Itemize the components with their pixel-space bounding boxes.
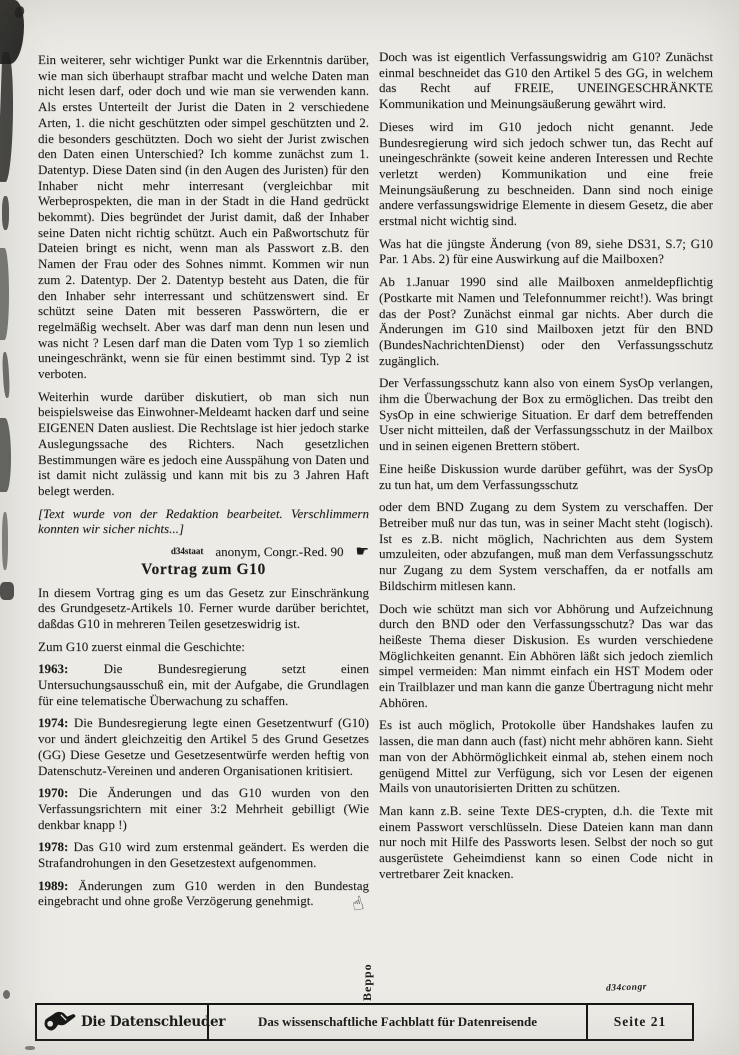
- timeline-entry-1963: 1963: Die Bundesregierung setzt einen Un…: [38, 661, 369, 708]
- footer-tagline: Das wissenschaftliche Fachblatt für Date…: [209, 1005, 588, 1039]
- timeline-text: Die Änderungen und das G10 wurden von de…: [38, 785, 369, 831]
- scan-artifact: [13, 5, 26, 19]
- timeline-text: Die Bundesregierung setzt einen Untersuc…: [38, 661, 369, 707]
- datenschleuder-logo-icon: [43, 1009, 77, 1035]
- timeline-entry-1974: 1974: Die Bundesregierung legte einen Ge…: [38, 715, 369, 778]
- timeline-text: Die Bundesregierung legte einen Gesetzen…: [38, 715, 369, 777]
- timeline-year: 1989:: [38, 878, 68, 893]
- paragraph: Doch was ist eigentlich Verfassungswidri…: [379, 49, 713, 112]
- timeline-entry-1978: 1978: Das G10 wird zum erstenmal geänder…: [38, 839, 369, 870]
- paragraph: Zum G10 zuerst einmal die Geschichte:: [38, 639, 369, 655]
- scan-artifact: [0, 418, 11, 492]
- scan-artifact: [2, 352, 10, 398]
- paragraph: Ab 1.Januar 1990 sind alle Mailboxen anm…: [379, 274, 713, 368]
- timeline-year: 1970:: [38, 785, 68, 800]
- paragraph: Man kann z.B. seine Texte DES-crypten, d…: [379, 803, 713, 882]
- editorial-note: [Text wurde von der Redaktion bearbeitet…: [38, 506, 369, 537]
- byline: d34staat anonym, Congr.-Red. 90 ☛: [38, 544, 369, 560]
- footer-page-number: Seite 21: [588, 1005, 692, 1039]
- scan-artifact: [3, 990, 10, 999]
- scan-artifact: [0, 52, 15, 182]
- byline-tag: d34staat: [171, 544, 204, 560]
- timeline-entry-1989: 1989: Änderungen zum G10 werden in den B…: [38, 878, 369, 909]
- timeline-text: Das G10 wird zum erstenmal geändert. Es …: [38, 839, 369, 870]
- scan-artifact: [0, 248, 9, 340]
- paragraph: Weiterhin wurde darüber diskutiert, ob m…: [38, 389, 369, 499]
- scan-artifact: [2, 512, 8, 570]
- paragraph: Der Verfassungsschutz kann also von eine…: [379, 375, 713, 454]
- margin-note-d34congr: d34congr: [606, 982, 647, 993]
- paragraph: oder dem BND Zugang zu dem System zu ver…: [379, 499, 713, 593]
- timeline-year: 1974:: [38, 715, 68, 730]
- footer-logo-title: Die Datenschleuder: [81, 1014, 225, 1031]
- timeline-year: 1978:: [38, 839, 68, 854]
- right-column: Doch was ist eigentlich Verfassungswidri…: [379, 49, 713, 1001]
- margin-note-beppo: Beppo: [360, 929, 375, 1001]
- byline-author: anonym, Congr.-Red. 90: [215, 544, 343, 560]
- paragraph: Es ist auch möglich, Protokolle über Han…: [379, 717, 713, 796]
- left-column: Ein weiterer, sehr wichtiger Punkt war d…: [38, 52, 369, 998]
- scan-artifact: [0, 582, 14, 600]
- article-heading: Vortrag zum G10: [38, 562, 369, 578]
- timeline-entry-1970: 1970: Die Änderungen und das G10 wurden …: [38, 785, 369, 832]
- paragraph: Eine heiße Diskussion wurde darüber gefü…: [379, 461, 713, 492]
- scan-artifact: [0, 0, 24, 64]
- scanned-magazine-page: { "page": { "paper_color": "#ecebe6", "i…: [0, 0, 739, 1055]
- paragraph: Doch wie schützt man sich vor Abhörung u…: [379, 601, 713, 711]
- footer-banner: Die Datenschleuder Das wissenschaftliche…: [35, 1003, 694, 1041]
- timeline-text: Änderungen zum G10 werden in den Bundest…: [38, 878, 369, 909]
- timeline-year: 1963:: [38, 661, 68, 676]
- scan-artifact: [2, 196, 9, 230]
- footer-logo-cell: Die Datenschleuder: [37, 1005, 209, 1039]
- paragraph: Ein weiterer, sehr wichtiger Punkt war d…: [38, 52, 369, 382]
- paragraph: Was hat die jüngste Änderung (von 89, si…: [379, 236, 713, 267]
- scan-artifact: [25, 1046, 35, 1050]
- pointing-hand-icon: ☛: [356, 544, 369, 559]
- paragraph: Dieses wird im G10 jedoch nicht genannt.…: [379, 119, 713, 229]
- paragraph: In diesem Vortrag ging es um das Gesetz …: [38, 585, 369, 632]
